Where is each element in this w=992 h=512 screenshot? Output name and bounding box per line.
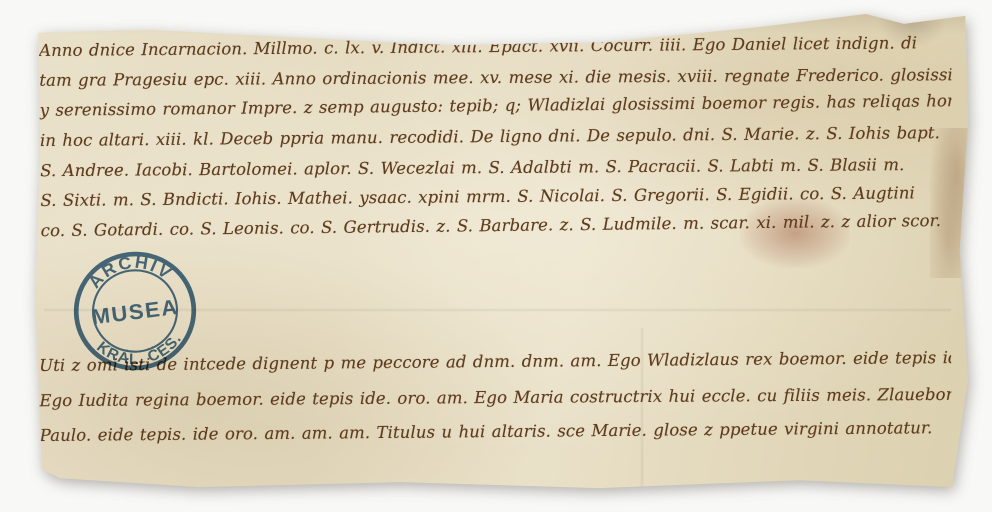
manuscript-line: S. Andree. Iacobi. Bartolomei. aplor. S.…	[40, 150, 952, 186]
parchment-sheet: Anno dnice Incarnacion. Millmo. c. lx. v…	[25, 8, 970, 504]
manuscript-line: Ego Iudita regina boemor. eide tepis ide…	[39, 377, 951, 418]
stamp-center-text: MUSEA	[90, 294, 180, 329]
parchment-surface: Anno dnice Incarnacion. Millmo. c. lx. v…	[25, 8, 970, 504]
archive-stamp: ARCHIV MUSEA KRÁL. ČES.	[65, 243, 205, 379]
stamp-arc-top-text: ARCHIV	[81, 247, 178, 294]
scan-background: Anno dnice Incarnacion. Millmo. c. lx. v…	[0, 0, 992, 512]
manuscript-text-top: Anno dnice Incarnacion. Millmo. c. lx. v…	[39, 28, 953, 246]
